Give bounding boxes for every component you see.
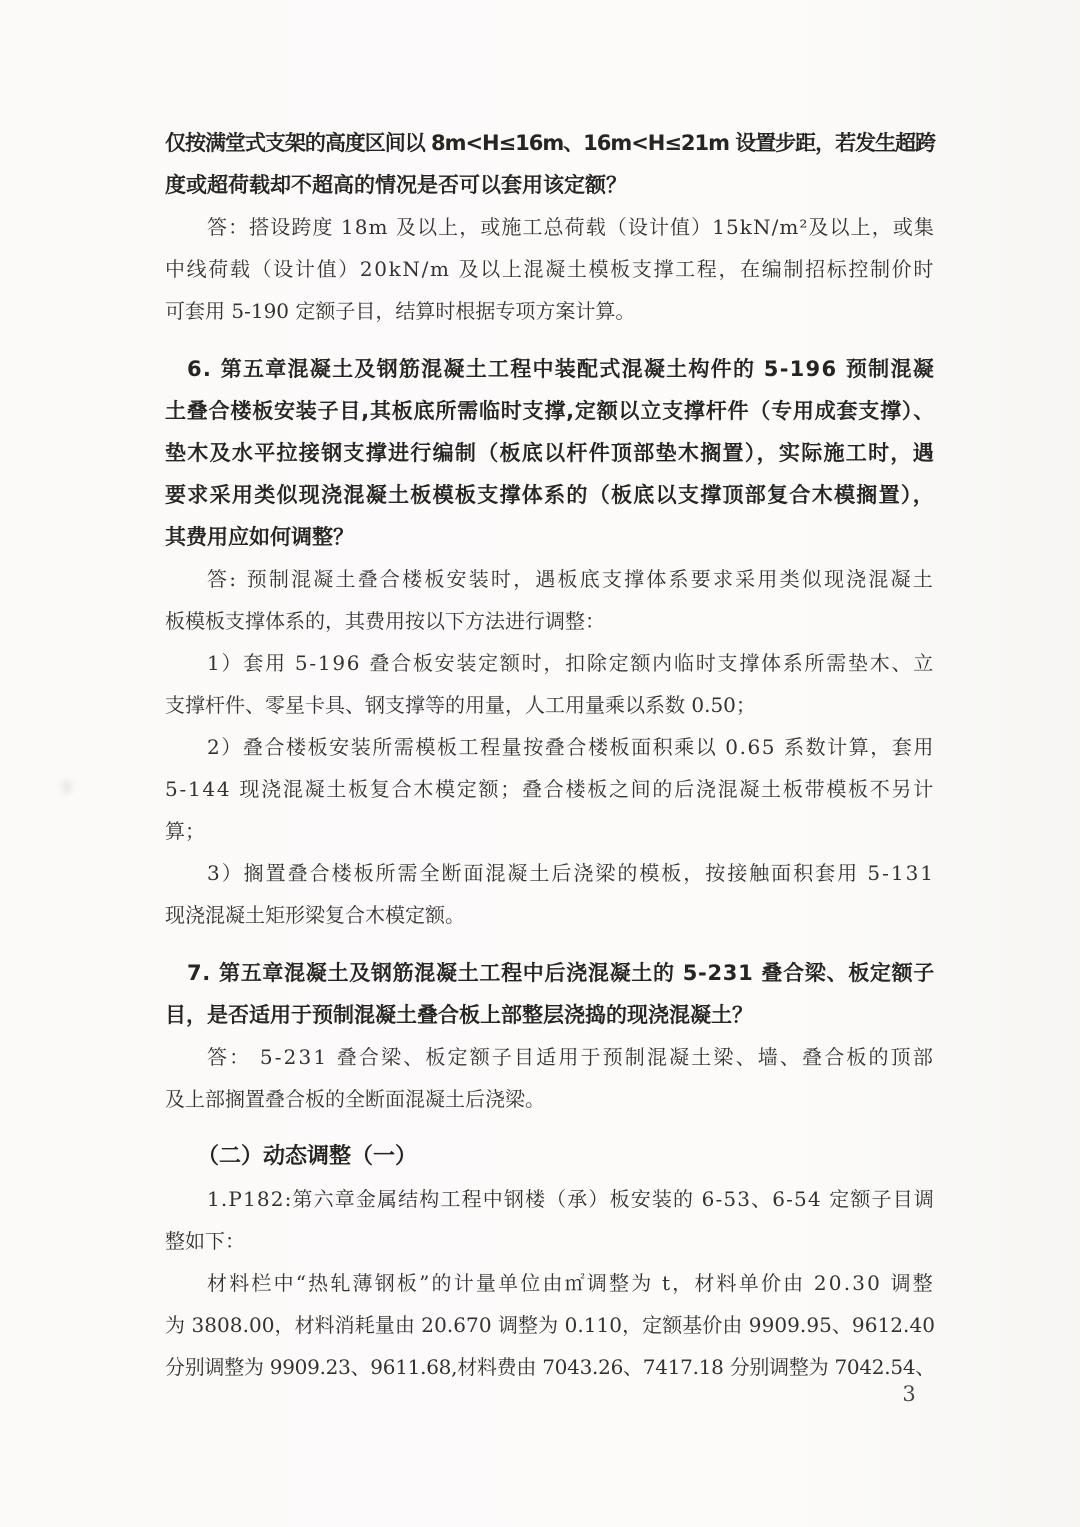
text-line: 可套用 5-190 定额子目，结算时根据专项方案计算。 xyxy=(165,290,935,332)
text-line: （二）动态调整（一） xyxy=(165,1136,935,1178)
text-line: 5-144 现浇混凝土板复合木模定额；叠合楼板之间的后浇混凝土板带模板不另计 xyxy=(165,768,935,810)
paragraph: （二）动态调整（一） xyxy=(165,1136,935,1178)
text-line: 为 3808.00，材料消耗量由 20.670 调整为 0.110，定额基价由 … xyxy=(165,1304,935,1346)
text-line: 现浇混凝土矩形梁复合木模定额。 xyxy=(165,894,935,936)
text-line: 材料栏中“热轧薄钢板”的计量单位由㎡调整为 t，材料单价由 20.30 调整 xyxy=(165,1262,935,1304)
text-line: 整如下： xyxy=(165,1220,935,1262)
text-line: 其费用应如何调整？ xyxy=(165,516,935,558)
text-line: 垫木及水平拉接钢支撑进行编制（板底以杆件顶部垫木搁置），实际施工时，遇 xyxy=(165,432,935,474)
paragraph: 答：搭设跨度 18m 及以上，或施工总荷载（设计值）15kN/m²及以上，或集中… xyxy=(165,206,935,332)
paragraph: 3）搁置叠合楼板所需全断面混凝土后浇梁的模板，按接触面积套用 5-131现浇混凝… xyxy=(165,852,935,936)
paragraph: 1.P182:第六章金属结构工程中钢楼（承）板安装的 6-53、6-54 定额子… xyxy=(165,1178,935,1262)
text-line: 2）叠合楼板安装所需模板工程量按叠合楼板面积乘以 0.65 系数计算，套用 xyxy=(165,726,935,768)
text-line: 及上部搁置叠合板的全断面混凝土后浇梁。 xyxy=(165,1078,935,1120)
text-line: 答: 预制混凝土叠合楼板安装时，遇板底支撑体系要求采用类似现浇混凝土 xyxy=(165,558,935,600)
paragraph: 7. 第五章混凝土及钢筋混凝土工程中后浇混凝土的 5-231 叠合梁、板定额子目… xyxy=(165,952,935,1036)
paragraph: 材料栏中“热轧薄钢板”的计量单位由㎡调整为 t，材料单价由 20.30 调整为 … xyxy=(165,1262,935,1388)
text-line: 土叠合楼板安装子目,其板底所需临时支撑,定额以立支撑杆件（专用成套支撑）、 xyxy=(165,390,935,432)
text-line: 3）搁置叠合楼板所需全断面混凝土后浇梁的模板，按接触面积套用 5-131 xyxy=(165,852,935,894)
scan-smudge xyxy=(62,780,72,794)
paragraph: 6. 第五章混凝土及钢筋混凝土工程中装配式混凝土构件的 5-196 预制混凝土叠… xyxy=(165,348,935,558)
text-line: 答： 5-231 叠合梁、板定额子目适用于预制混凝土梁、墙、叠合板的顶部 xyxy=(165,1036,935,1078)
text-line: 1.P182:第六章金属结构工程中钢楼（承）板安装的 6-53、6-54 定额子… xyxy=(165,1178,935,1220)
text-line: 答：搭设跨度 18m 及以上，或施工总荷载（设计值）15kN/m²及以上，或集 xyxy=(165,206,935,248)
text-line: 仅按满堂式支架的高度区间以 8m<H≤16m、16m<H≤21m 设置步距，若发… xyxy=(165,122,935,164)
text-line: 分别调整为 9909.23、9611.68,材料费由 7043.26、7417.… xyxy=(165,1346,935,1388)
paragraph: 2）叠合楼板安装所需模板工程量按叠合楼板面积乘以 0.65 系数计算，套用5-1… xyxy=(165,726,935,852)
text-line: 要求采用类似现浇混凝土板模板支撑体系的（板底以支撑顶部复合木模搁置）， xyxy=(165,474,935,516)
paragraph: 1）套用 5-196 叠合板安装定额时，扣除定额内临时支撑体系所需垫木、立支撑杆… xyxy=(165,642,935,726)
text-line: 算； xyxy=(165,810,935,852)
page-number: 3 xyxy=(898,1378,920,1410)
text-line: 1）套用 5-196 叠合板安装定额时，扣除定额内临时支撑体系所需垫木、立 xyxy=(165,642,935,684)
paragraph: 答： 5-231 叠合梁、板定额子目适用于预制混凝土梁、墙、叠合板的顶部及上部搁… xyxy=(165,1036,935,1120)
text-line: 7. 第五章混凝土及钢筋混凝土工程中后浇混凝土的 5-231 叠合梁、板定额子 xyxy=(165,952,935,994)
text-line: 支撑杆件、零星卡具、钢支撑等的用量，人工用量乘以系数 0.50； xyxy=(165,684,935,726)
text-line: 目，是否适用于预制混凝土叠合板上部整层浇捣的现浇混凝土？ xyxy=(165,994,935,1036)
text-line: 板模板支撑体系的，其费用按以下方法进行调整： xyxy=(165,600,935,642)
paragraph: 答: 预制混凝土叠合楼板安装时，遇板底支撑体系要求采用类似现浇混凝土板模板支撑体… xyxy=(165,558,935,642)
text-line: 中线荷载（设计值）20kN/m 及以上混凝土模板支撑工程，在编制招标控制价时 xyxy=(165,248,935,290)
paragraph: 仅按满堂式支架的高度区间以 8m<H≤16m、16m<H≤21m 设置步距，若发… xyxy=(165,122,935,206)
document-page: 仅按满堂式支架的高度区间以 8m<H≤16m、16m<H≤21m 设置步距，若发… xyxy=(0,0,1080,1527)
document-body: 仅按满堂式支架的高度区间以 8m<H≤16m、16m<H≤21m 设置步距，若发… xyxy=(165,122,935,1388)
text-line: 度或超荷载却不超高的情况是否可以套用该定额？ xyxy=(165,164,935,206)
text-line: 6. 第五章混凝土及钢筋混凝土工程中装配式混凝土构件的 5-196 预制混凝 xyxy=(165,348,935,390)
